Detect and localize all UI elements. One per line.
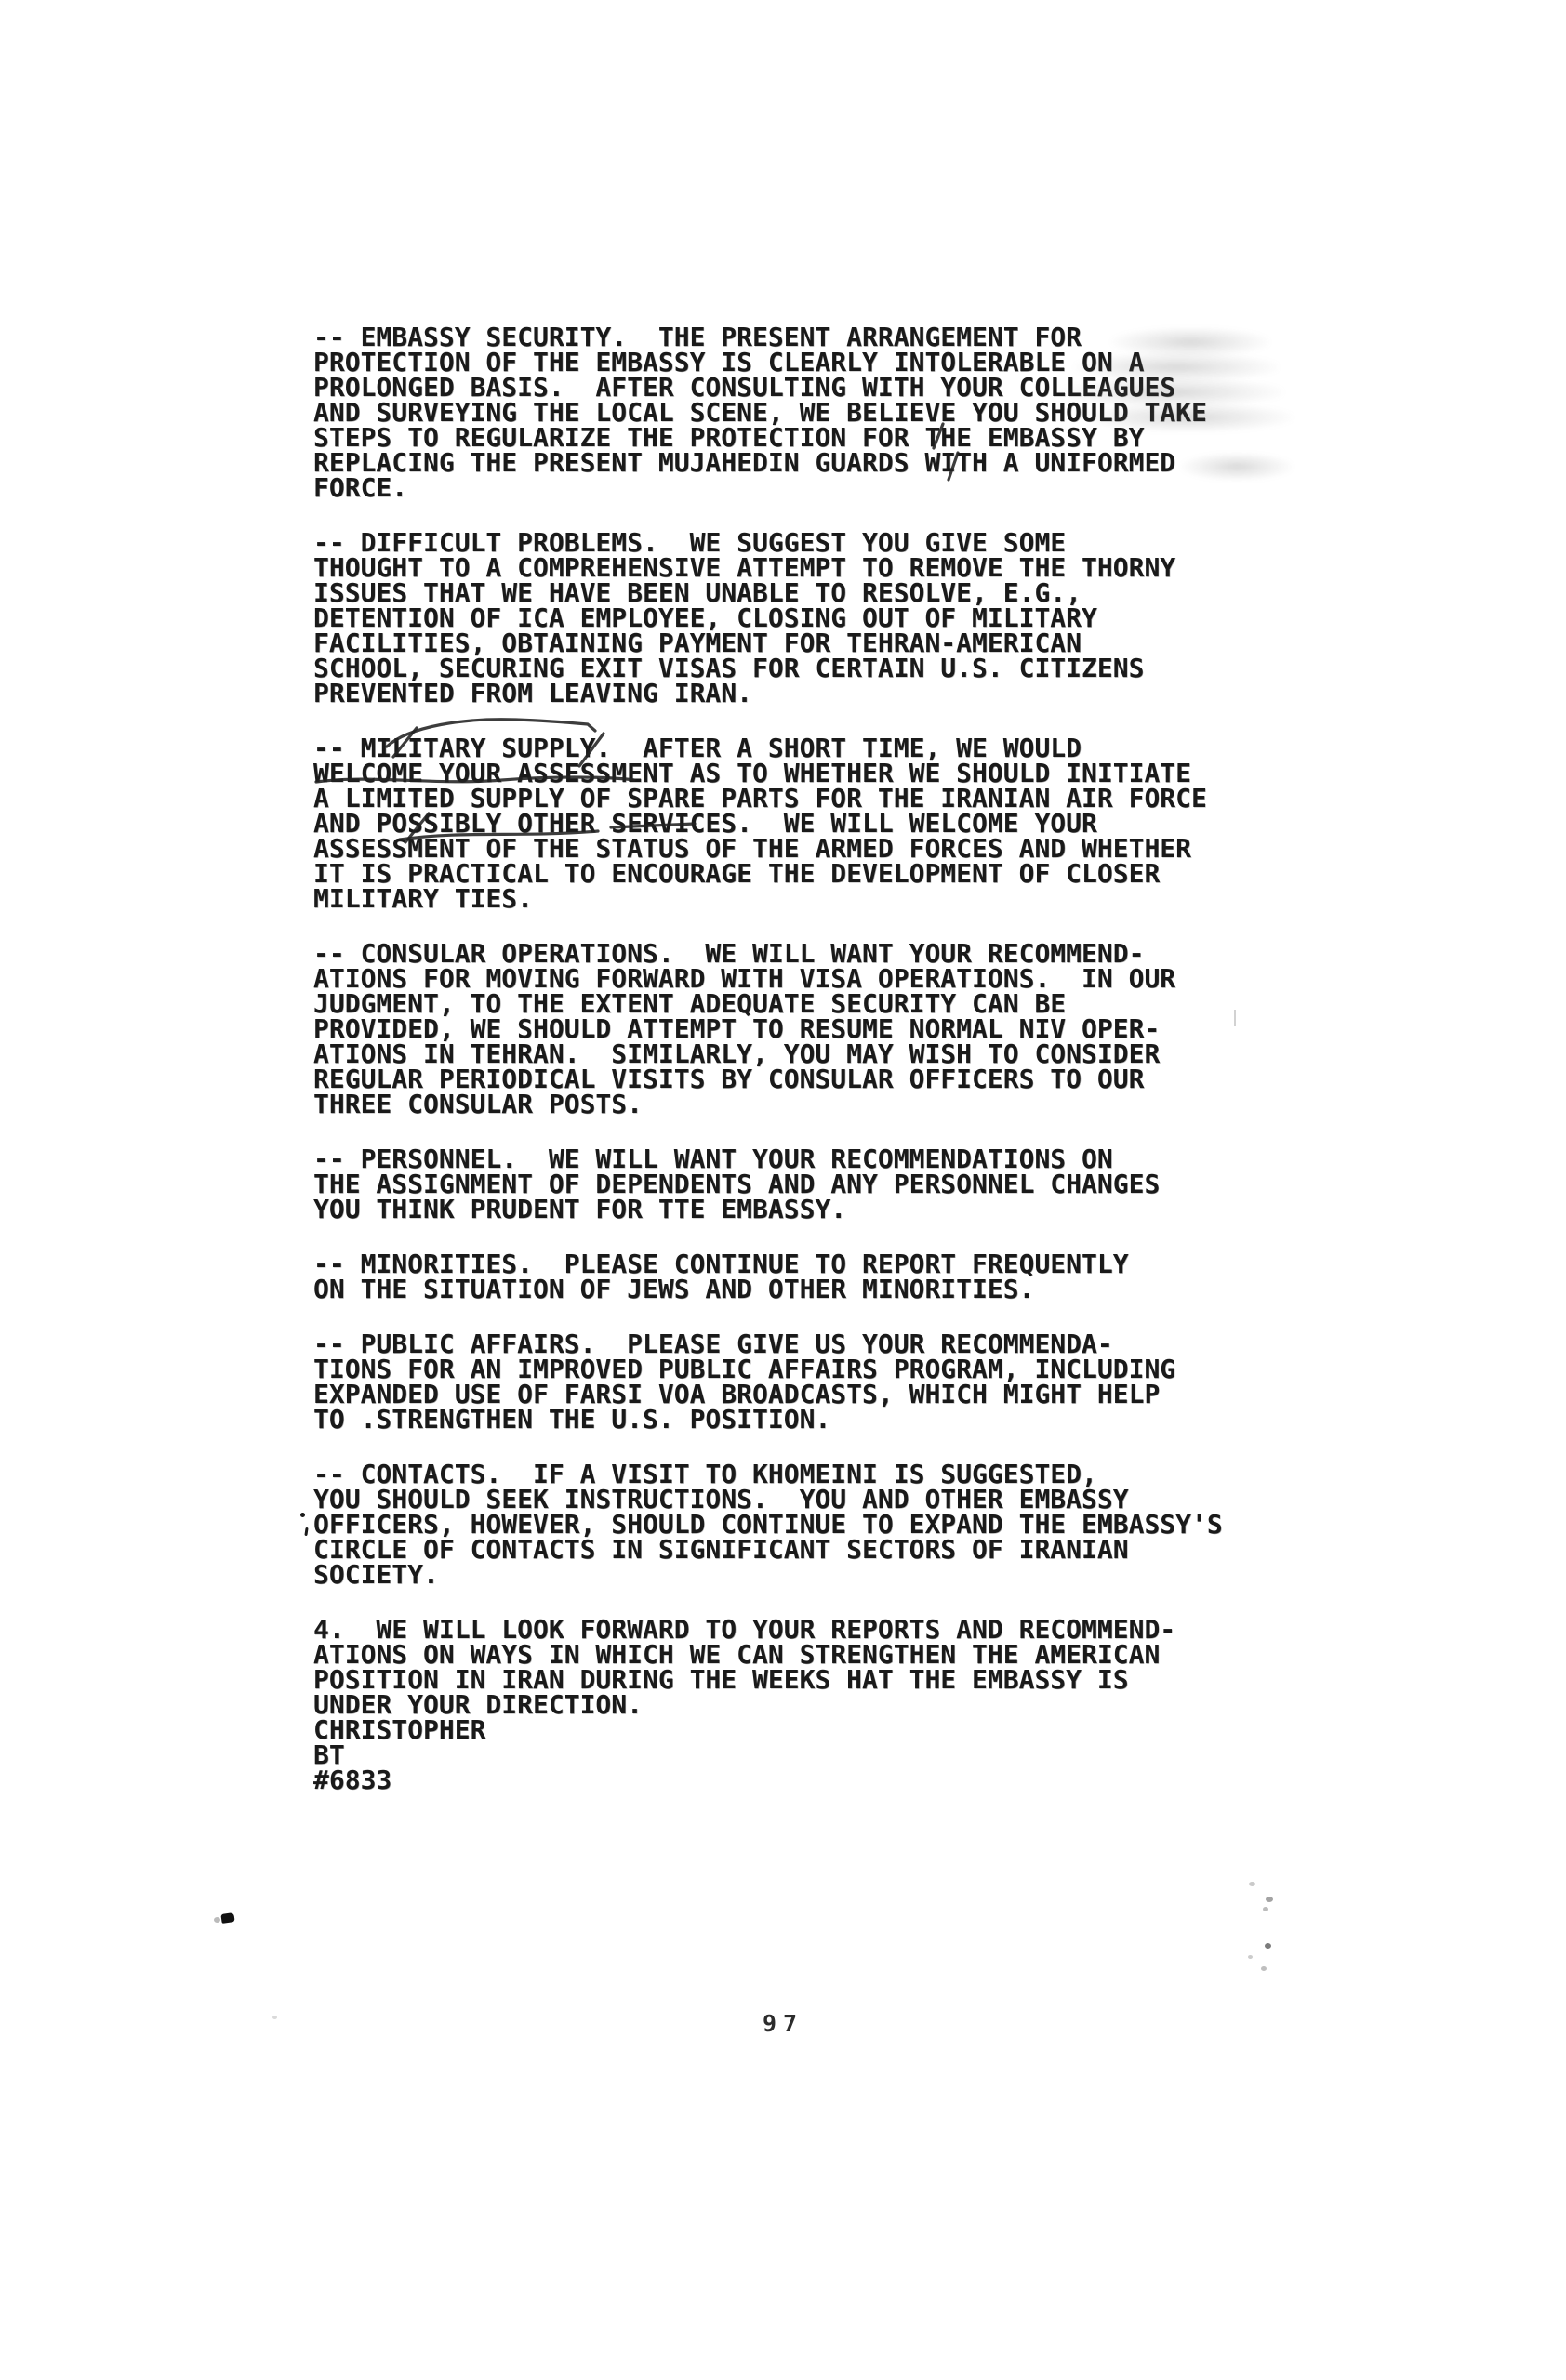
pencil-speck [1266, 1897, 1273, 1902]
margin-scan-dash [1234, 1010, 1236, 1026]
paragraph-embassy-security: -- EMBASSY SECURITY. THE PRESENT ARRANGE… [313, 324, 1243, 500]
paragraph-military-supply: -- MILITARY SUPPLY. AFTER A SHORT TIME, … [313, 735, 1243, 911]
paragraph-difficult-problems: -- DIFFICULT PROBLEMS. WE SUGGEST YOU GI… [313, 530, 1243, 706]
paragraph-minorities: -- MINORITIES. PLEASE CONTINUE TO REPORT… [313, 1251, 1243, 1302]
pencil-speck [1265, 1943, 1271, 1949]
stray-ink-apostrophe [304, 1527, 308, 1536]
ink-blob-tail [214, 1917, 220, 1923]
pencil-speck [1261, 1966, 1267, 1971]
pencil-speck [1249, 1882, 1255, 1886]
stray-ink-dot [300, 1513, 305, 1517]
paragraph-personnel: -- PERSONNEL. WE WILL WANT YOUR RECOMMEN… [313, 1146, 1243, 1222]
pencil-speck [1263, 1907, 1268, 1911]
paragraph-public-affairs: -- PUBLIC AFFAIRS. PLEASE GIVE US YOUR R… [313, 1331, 1243, 1432]
paragraph-consular-operations: -- CONSULAR OPERATIONS. WE WILL WANT YOU… [313, 941, 1243, 1117]
ink-blob-left-margin [220, 1912, 234, 1924]
cable-body: -- EMBASSY SECURITY. THE PRESENT ARRANGE… [313, 324, 1243, 1822]
paragraph-closing-signature: 4. WE WILL LOOK FORWARD TO YOUR REPORTS … [313, 1617, 1243, 1792]
paragraph-contacts: -- CONTACTS. IF A VISIT TO KHOMEINI IS S… [313, 1461, 1243, 1587]
pencil-speck [272, 2016, 277, 2019]
pencil-speck [1248, 1955, 1253, 1959]
page-number: 97 [763, 2010, 803, 2037]
scanned-cable-page: -- EMBASSY SECURITY. THE PRESENT ARRANGE… [0, 0, 1566, 2380]
